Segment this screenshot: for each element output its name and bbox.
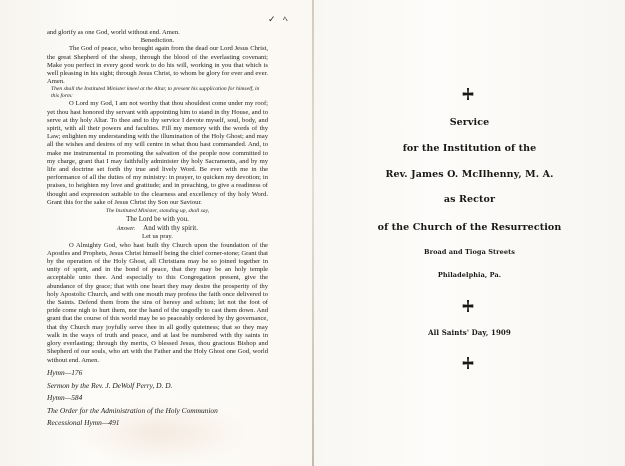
order-item: The Order for the Administration of the …	[47, 405, 287, 418]
order-item: Recessional Hymn—491	[47, 417, 287, 430]
prayer-text: O Almighty God, who hast built thy Churc…	[47, 242, 268, 365]
cross-pattee-icon	[461, 356, 475, 370]
title-page: Service for the Institution of the Rev. …	[314, 0, 625, 466]
title-institution: for the Institution of the	[314, 143, 625, 154]
order-of-service: Hymn—176 Sermon by the Rev. J. DeWolf Pe…	[47, 367, 287, 430]
order-item: Hymn—176	[47, 367, 287, 380]
ink-mark: ﾍ	[283, 12, 288, 25]
title-as-rector: as Rector	[314, 194, 625, 205]
benediction-text: The God of peace, who brought again from…	[47, 45, 268, 86]
title-city: Philadelphia, Pa.	[314, 271, 625, 279]
answer-label: Answer.	[117, 226, 135, 232]
rubric-kneel: Then shall the Instituted Minister kneel…	[47, 86, 268, 100]
title-date: All Saints' Day, 1909	[314, 328, 625, 337]
ink-mark: ✓	[268, 14, 276, 25]
title-service: Service	[314, 117, 625, 128]
versicle: The Lord be with you.	[47, 215, 268, 224]
order-item: Hymn—584	[47, 392, 287, 405]
title-streets: Broad and Tioga Streets	[314, 248, 625, 256]
benediction-heading: Benediction.	[47, 37, 268, 45]
order-item: Sermon by the Rev. J. DeWolf Perry, D. D…	[47, 380, 287, 393]
opening-line: and glorify as one God, world without en…	[47, 29, 268, 37]
left-page: ✓ ﾍ and glorify as one God, world withou…	[0, 0, 313, 466]
rubric-standing: The Instituted Minister, standing up, sh…	[47, 207, 268, 215]
cross-pattee-icon	[461, 87, 475, 101]
booklet-spread: ✓ ﾍ and glorify as one God, world withou…	[0, 0, 625, 466]
liturgy-text: and glorify as one God, world without en…	[47, 29, 268, 365]
response-line: Answer.And with thy spirit.	[47, 224, 268, 234]
title-church: of the Church of the Resurrection	[314, 222, 625, 233]
response: And with thy spirit.	[143, 224, 198, 232]
title-rector-name: Rev. James O. McIlhenny, M. A.	[314, 169, 625, 180]
supplication-text: O Lord my God, I am not worthy that thou…	[47, 100, 268, 207]
let-us-pray: Let us pray.	[47, 233, 268, 241]
cross-pattee-icon	[461, 299, 475, 313]
